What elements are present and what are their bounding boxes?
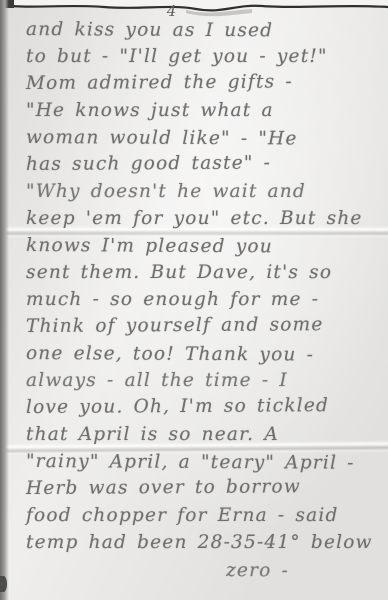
letter-line: Herb was over to borrow (26, 473, 376, 502)
letter-line: that April is so near. A (26, 421, 376, 448)
letter-line: keep 'em for you" etc. But she (26, 205, 376, 232)
letter-line: temp had been 28-35-41° below (26, 529, 376, 556)
letter-line: "Why doesn't he wait and (26, 178, 376, 205)
letter-line: knows I'm pleased you (26, 232, 376, 261)
letter-line: sent them. But Dave, it's so (26, 259, 376, 286)
paper-blemish (0, 576, 7, 592)
letter-body: and kiss you as I usedto but - "I'll get… (26, 16, 376, 583)
letter-line: food chopper for Erna - said (26, 502, 376, 529)
letter-line: to but - "I'll get you - yet!" (26, 43, 376, 70)
letter-line: much - so enough for me - (26, 286, 376, 313)
letter-line: has such good taste" - (26, 149, 376, 178)
letter-line: "He knows just what a (26, 97, 376, 124)
letter-line: and kiss you as I used (26, 16, 376, 45)
letter-line: love you. Oh, I'm so tickled (26, 392, 376, 421)
letter-line: always - all the time - I (26, 367, 376, 394)
scanned-letter-page: 4 and kiss you as I usedto but - "I'll g… (0, 0, 388, 600)
letter-line: Think of yourself and some (26, 311, 376, 340)
letter-line: Mom admired the gifts - (26, 68, 376, 97)
letter-line: zero - (26, 556, 376, 585)
letter-line: one else, too! Thank you - (26, 340, 376, 369)
scanner-edge-strip (0, 0, 9, 600)
